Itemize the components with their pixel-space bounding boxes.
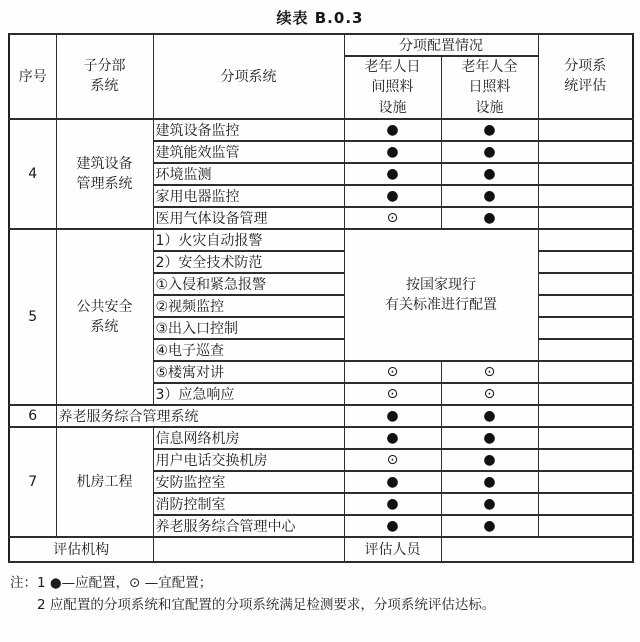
item-name-cell: 2）安全技术防范 — [153, 251, 344, 273]
item-name-cell: 安防监控室 — [153, 471, 344, 493]
row-number-cell: 5 — [9, 229, 56, 405]
config-table: 序号 子分部 系统 分项系统 分项配置情况 分项系 统评估 老年人日 间照料 设… — [8, 33, 634, 563]
item-name-cell: 建筑设备监控 — [153, 119, 344, 141]
evaluation-cell — [538, 273, 633, 295]
evaluation-cell — [538, 229, 633, 251]
assessor-person-value-cell — [441, 537, 633, 562]
evaluation-cell — [538, 493, 633, 515]
item-name-cell: ③出入口控制 — [153, 317, 344, 339]
footer-row: 评估机构评估人员 — [9, 537, 633, 562]
note-line-1: 1 ●—应配置，⊙ —宜配置； — [37, 572, 630, 594]
evaluation-cell — [538, 427, 633, 449]
evaluation-cell — [538, 339, 633, 361]
item-name-cell: ④电子巡查 — [153, 339, 344, 361]
config-full-cell-required-mark: ● — [441, 141, 538, 163]
header-day-care-facility: 老年人日 间照料 设施 — [344, 56, 441, 119]
evaluation-cell — [538, 383, 633, 405]
config-day-cell-required-mark: ● — [344, 405, 441, 427]
evaluation-cell — [538, 317, 633, 339]
config-full-cell-required-mark: ● — [441, 515, 538, 537]
assessor-org-label-cell: 评估机构 — [9, 537, 153, 562]
item-name-cell: ⑤楼寓对讲 — [153, 361, 344, 383]
header-full-care-facility: 老年人全 日照料 设施 — [441, 56, 538, 119]
config-day-cell-required-mark: ● — [344, 185, 441, 207]
note-line-2: 2 应配置的分项系统和宜配置的分项系统满足检测要求，分项系统评估达标。 — [37, 594, 630, 616]
config-full-cell-required-mark: ● — [441, 471, 538, 493]
evaluation-cell — [538, 251, 633, 273]
config-day-cell-required-mark: ● — [344, 141, 441, 163]
table-row: 4建筑设备 管理系统建筑设备监控●● — [9, 119, 633, 141]
config-full-cell-required-mark: ● — [441, 427, 538, 449]
evaluation-cell — [538, 515, 633, 537]
item-name-cell: ①入侵和紧急报警 — [153, 273, 344, 295]
item-name-cell: ②视频监控 — [153, 295, 344, 317]
assessor-person-label-cell: 评估人员 — [344, 537, 441, 562]
config-day-cell-optional-mark: ⊙ — [344, 207, 441, 229]
config-full-cell-required-mark: ● — [441, 119, 538, 141]
evaluation-cell — [538, 119, 633, 141]
header-row-top: 序号 子分部 系统 分项系统 分项配置情况 分项系 统评估 — [9, 34, 633, 56]
header-subsystem: 子分部 系统 — [56, 34, 153, 119]
item-name-cell: 3）应急响应 — [153, 383, 344, 405]
config-day-cell-optional-mark: ⊙ — [344, 361, 441, 383]
config-day-cell-required-mark: ● — [344, 515, 441, 537]
config-day-cell-optional-mark: ⊙ — [344, 449, 441, 471]
subsystem-name-cell: 公共安全 系统 — [56, 229, 153, 405]
config-full-cell-required-mark: ● — [441, 207, 538, 229]
evaluation-cell — [538, 471, 633, 493]
row-number-cell: 7 — [9, 427, 56, 537]
standard-note-cell: 按国家现行 有关标准进行配置 — [344, 229, 538, 361]
evaluation-cell — [538, 405, 633, 427]
item-name-cell: 家用电器监控 — [153, 185, 344, 207]
table-row: 6养老服务综合管理系统●● — [9, 405, 633, 427]
item-name-cell: 信息网络机房 — [153, 427, 344, 449]
header-no: 序号 — [9, 34, 56, 119]
page-title: 续表 B.0.3 — [0, 0, 640, 28]
config-day-cell-required-mark: ● — [344, 427, 441, 449]
item-name-cell: 用户电话交换机房 — [153, 449, 344, 471]
evaluation-cell — [538, 449, 633, 471]
config-day-cell-required-mark: ● — [344, 163, 441, 185]
notes-label: 注： — [10, 572, 37, 617]
config-full-cell-required-mark: ● — [441, 493, 538, 515]
config-day-cell-required-mark: ● — [344, 493, 441, 515]
evaluation-cell — [538, 295, 633, 317]
header-item-system: 分项系统 — [153, 34, 344, 119]
header-evaluation: 分项系 统评估 — [538, 34, 633, 119]
evaluation-cell — [538, 141, 633, 163]
config-full-cell-required-mark: ● — [441, 449, 538, 471]
evaluation-cell — [538, 361, 633, 383]
subsystem-name-cell: 建筑设备 管理系统 — [56, 119, 153, 229]
item-name-cell: 消防控制室 — [153, 493, 344, 515]
item-name-cell: 医用气体设备管理 — [153, 207, 344, 229]
notes: 注： 1 ●—应配置，⊙ —宜配置； 2 应配置的分项系统和宜配置的分项系统满足… — [10, 572, 630, 617]
header-config-group: 分项配置情况 — [344, 34, 538, 56]
table-body: 4建筑设备 管理系统建筑设备监控●●建筑能效监管●●环境监测●●家用电器监控●●… — [9, 119, 633, 562]
subsystem-name-cell: 机房工程 — [56, 427, 153, 537]
evaluation-cell — [538, 207, 633, 229]
config-full-cell-required-mark: ● — [441, 163, 538, 185]
config-full-cell-required-mark: ● — [441, 405, 538, 427]
row-number-cell: 4 — [9, 119, 56, 229]
notes-lines: 1 ●—应配置，⊙ —宜配置； 2 应配置的分项系统和宜配置的分项系统满足检测要… — [37, 572, 630, 617]
assessor-org-value-cell — [153, 537, 344, 562]
subsystem-full-cell: 养老服务综合管理系统 — [56, 405, 344, 427]
row-number-cell: 6 — [9, 405, 56, 427]
item-name-cell: 环境监测 — [153, 163, 344, 185]
config-full-cell-required-mark: ● — [441, 185, 538, 207]
item-name-cell: 建筑能效监管 — [153, 141, 344, 163]
table-row: 7机房工程信息网络机房●● — [9, 427, 633, 449]
evaluation-cell — [538, 185, 633, 207]
config-day-cell-required-mark: ● — [344, 471, 441, 493]
config-full-cell-optional-mark: ⊙ — [441, 361, 538, 383]
table-row: 5公共安全 系统1）火灾自动报警按国家现行 有关标准进行配置 — [9, 229, 633, 251]
config-full-cell-optional-mark: ⊙ — [441, 383, 538, 405]
item-name-cell: 养老服务综合管理中心 — [153, 515, 344, 537]
config-day-cell-required-mark: ● — [344, 119, 441, 141]
config-day-cell-optional-mark: ⊙ — [344, 383, 441, 405]
document-page: 续表 B.0.3 序号 子分部 系统 分项系统 分项配置情况 分项系 统评估 老… — [0, 0, 640, 642]
item-name-cell: 1）火灾自动报警 — [153, 229, 344, 251]
evaluation-cell — [538, 163, 633, 185]
